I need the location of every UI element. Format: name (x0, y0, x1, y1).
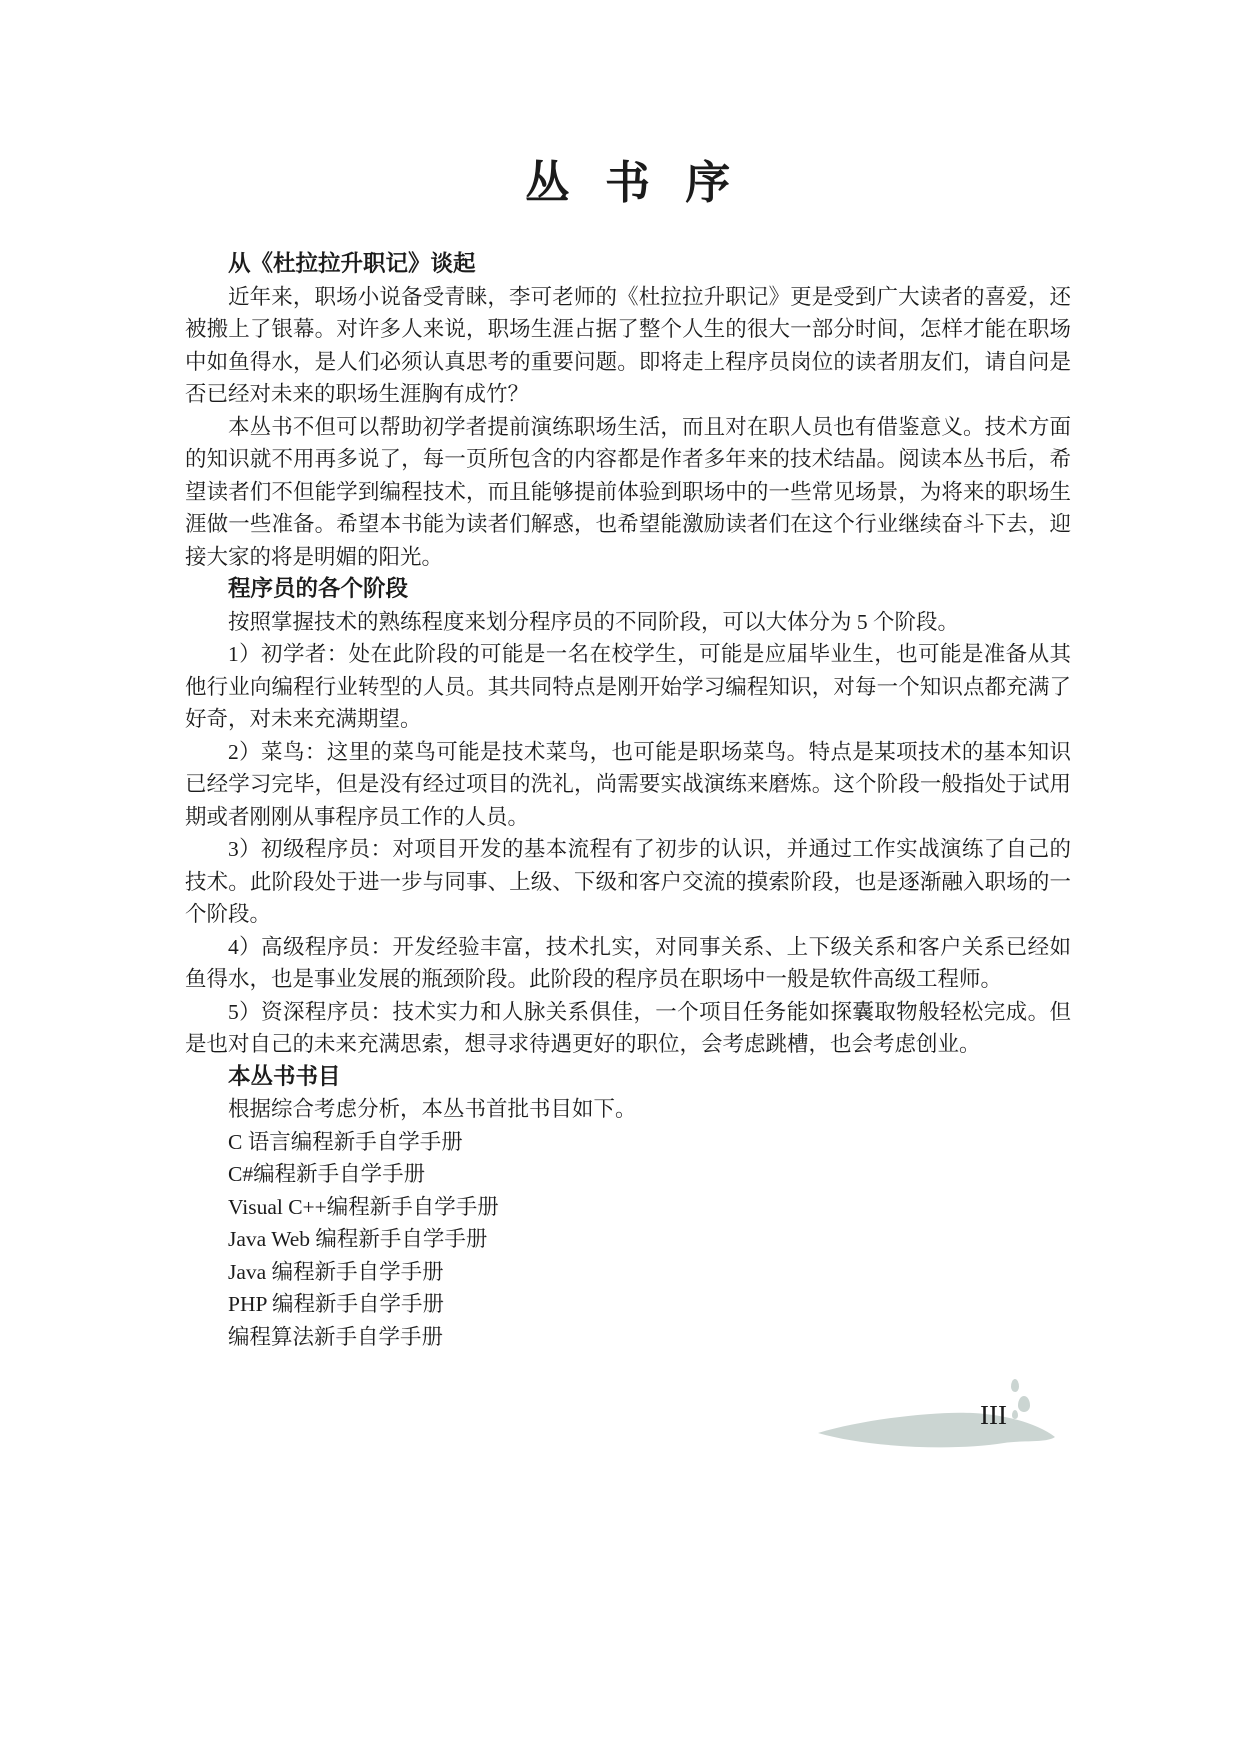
book-item: C 语言编程新手自学手册 (185, 1126, 1071, 1159)
ink-drop-icon (1012, 1410, 1018, 1419)
paragraph-stage-2: 2）菜鸟：这里的菜鸟可能是技术菜鸟，也可能是职场菜鸟。特点是某项技术的基本知识已… (185, 736, 1071, 834)
paragraph: 按照掌握技术的熟练程度来划分程序员的不同阶段，可以大体分为 5 个阶段。 (185, 606, 1071, 639)
paragraph-stage-3: 3）初级程序员：对项目开发的基本流程有了初步的认识，并通过工作实战演练了自己的技… (185, 833, 1071, 931)
book-item: Java Web 编程新手自学手册 (185, 1223, 1071, 1256)
text-block: 丛 书 序 从《杜拉拉升职记》谈起 近年来，职场小说备受青睐，李可老师的《杜拉拉… (185, 154, 1071, 1353)
book-item: 编程算法新手自学手册 (185, 1321, 1071, 1354)
page-number: III (980, 1400, 1007, 1430)
page: { "page": { "title": "丛 书 序", "page_numb… (0, 0, 1240, 1754)
ink-drop-icon (1011, 1379, 1019, 1392)
page-title: 丛 书 序 (185, 154, 1071, 212)
paragraph: 近年来，职场小说备受青睐，李可老师的《杜拉拉升职记》更是受到广大读者的喜爱，还被… (185, 281, 1071, 411)
paragraph-stage-4: 4）高级程序员：开发经验丰富，技术扎实，对同事关系、上下级关系和客户关系已经如鱼… (185, 931, 1071, 996)
swoosh-icon (810, 1406, 1060, 1456)
ink-drop-icon (1018, 1396, 1030, 1412)
paragraph: 本丛书不但可以帮助初学者提前演练职场生活，而且对在职人员也有借鉴意义。技术方面的… (185, 411, 1071, 574)
book-item: C#编程新手自学手册 (185, 1158, 1071, 1191)
paragraph-stage-1: 1）初学者：处在此阶段的可能是一名在校学生，可能是应届毕业生，也可能是准备从其他… (185, 638, 1071, 736)
paragraph: 根据综合考虑分析，本丛书首批书目如下。 (185, 1093, 1071, 1126)
paragraph-stage-5: 5）资深程序员：技术实力和人脉关系俱佳，一个项目任务能如探囊取物般轻松完成。但是… (185, 996, 1071, 1061)
book-item: PHP 编程新手自学手册 (185, 1288, 1071, 1321)
section-heading-stages: 程序员的各个阶段 (185, 573, 1071, 606)
book-item: Visual C++编程新手自学手册 (185, 1191, 1071, 1224)
book-item: Java 编程新手自学手册 (185, 1256, 1071, 1289)
section-heading-dulala: 从《杜拉拉升职记》谈起 (185, 248, 1071, 281)
section-heading-booklist: 本丛书书目 (185, 1061, 1071, 1094)
book-list: C 语言编程新手自学手册 C#编程新手自学手册 Visual C++编程新手自学… (185, 1126, 1071, 1354)
swoosh-decoration (810, 1406, 1060, 1456)
